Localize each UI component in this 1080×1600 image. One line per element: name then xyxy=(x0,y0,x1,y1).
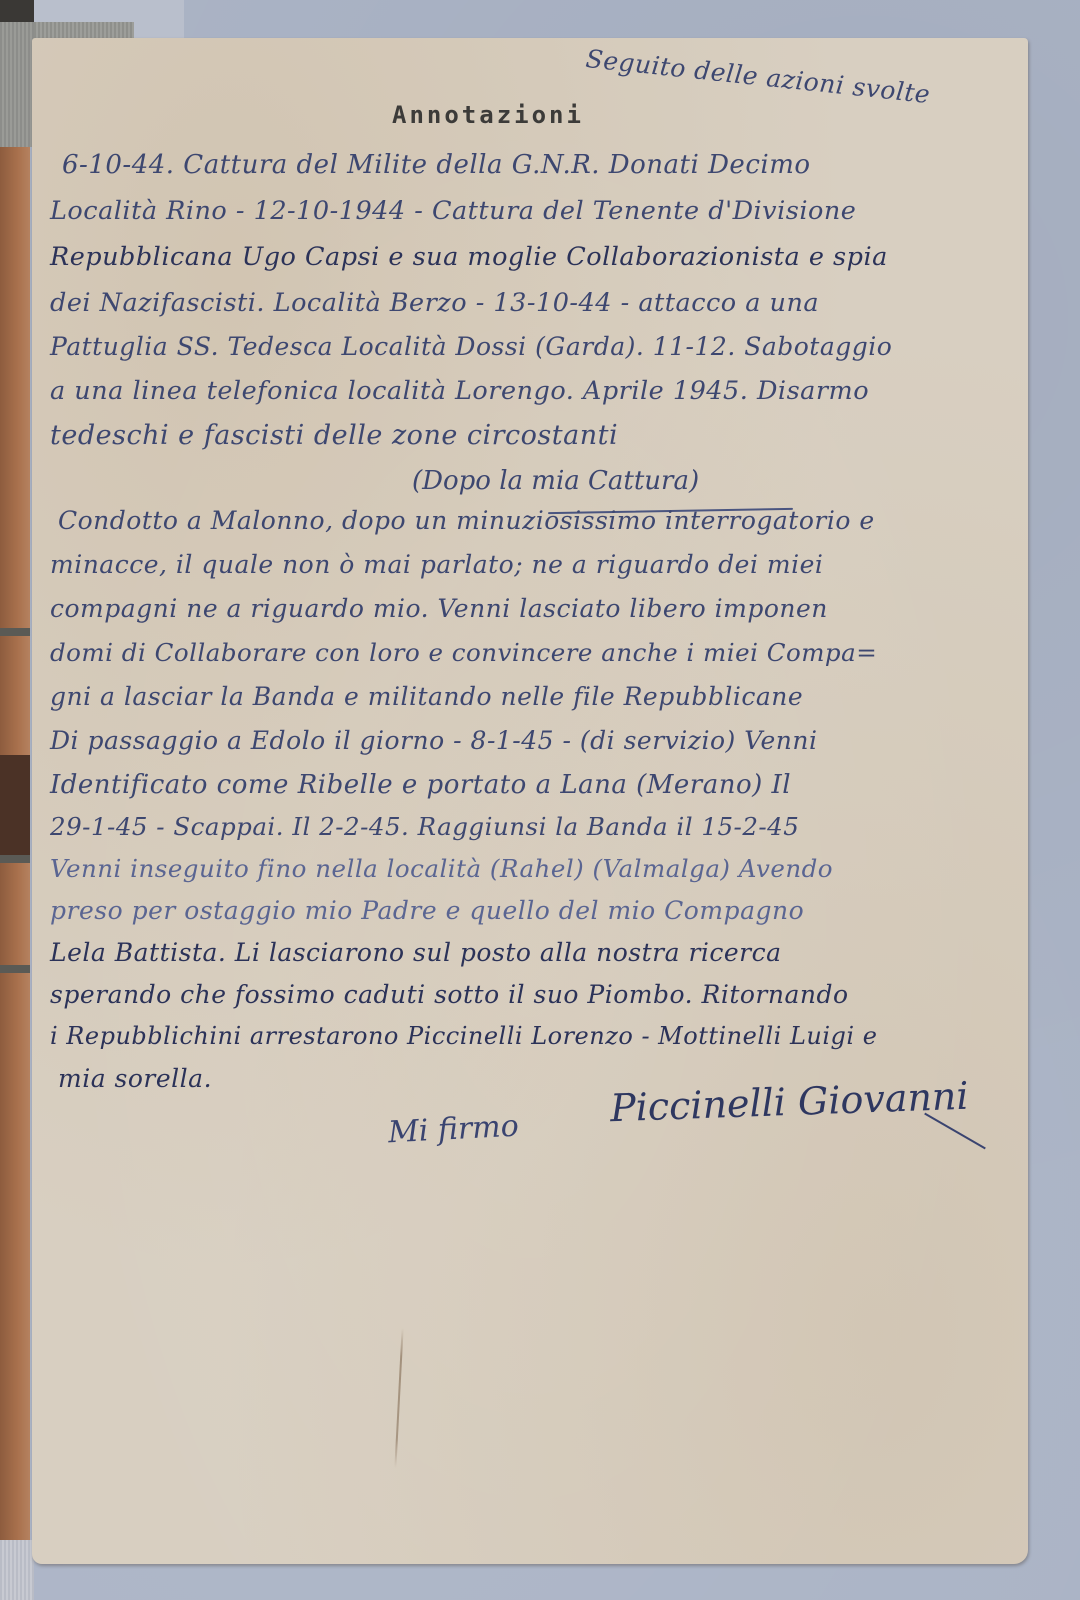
binding-dark-segment xyxy=(0,755,30,855)
text-line: i Repubblichini arrestarono Piccinelli L… xyxy=(50,1022,877,1050)
text-line: preso per ostaggio mio Padre e quello de… xyxy=(50,896,804,925)
text-line: compagni ne a riguardo mio. Venni lascia… xyxy=(50,594,828,623)
text-line: domi di Collaborare con loro e convincer… xyxy=(50,638,877,667)
page-title: Annotazioni xyxy=(392,101,584,129)
signature-label: Mi firmo xyxy=(387,1109,519,1151)
text-line: Di passaggio a Edolo il giorno - 8-1-45 … xyxy=(50,726,817,755)
text-line: Identificato come Ribelle e portato a La… xyxy=(50,770,791,800)
text-line: Località Rino - 12-10-1944 - Cattura del… xyxy=(50,196,856,226)
text-line: mia sorella. xyxy=(58,1064,212,1093)
binding-ribbon xyxy=(0,22,34,147)
text-line: sperando che fossimo caduti sotto il suo… xyxy=(50,980,849,1009)
paper-crack xyxy=(394,1328,403,1468)
text-line: Venni inseguito fino nella località (Rah… xyxy=(50,854,833,883)
text-line: gni a lasciar la Banda e militando nelle… xyxy=(50,682,803,711)
text-line: dei Nazifascisti. Località Berzo - 13-10… xyxy=(50,288,819,318)
binding-top-edge xyxy=(0,0,34,22)
text-line: 6-10-44. Cattura del Milite della G.N.R.… xyxy=(62,150,811,180)
text-line: 29-1-45 - Scappai. Il 2-2-45. Raggiunsi … xyxy=(50,812,799,841)
binding-band xyxy=(0,628,30,636)
binding-band xyxy=(0,855,30,863)
section-title: (Dopo la mia Cattura) xyxy=(412,466,699,496)
text-line: Lela Battista. Li lasciarono sul posto a… xyxy=(50,938,782,967)
text-line: minacce, il quale non ò mai parlato; ne … xyxy=(50,550,823,579)
text-line: Repubblicana Ugo Capsi e sua moglie Coll… xyxy=(50,242,888,272)
text-line: tedeschi e fascisti delle zone circostan… xyxy=(50,420,618,451)
binding-band xyxy=(0,965,30,973)
binding-ribbon-bottom xyxy=(0,1540,34,1600)
text-line: Pattuglia SS. Tedesca Località Dossi (Ga… xyxy=(50,332,892,361)
text-line: Condotto a Malonno, dopo un minuziosissi… xyxy=(58,506,875,535)
text-line: a una linea telefonica località Lorengo.… xyxy=(50,376,869,406)
book-binding xyxy=(0,0,34,1600)
